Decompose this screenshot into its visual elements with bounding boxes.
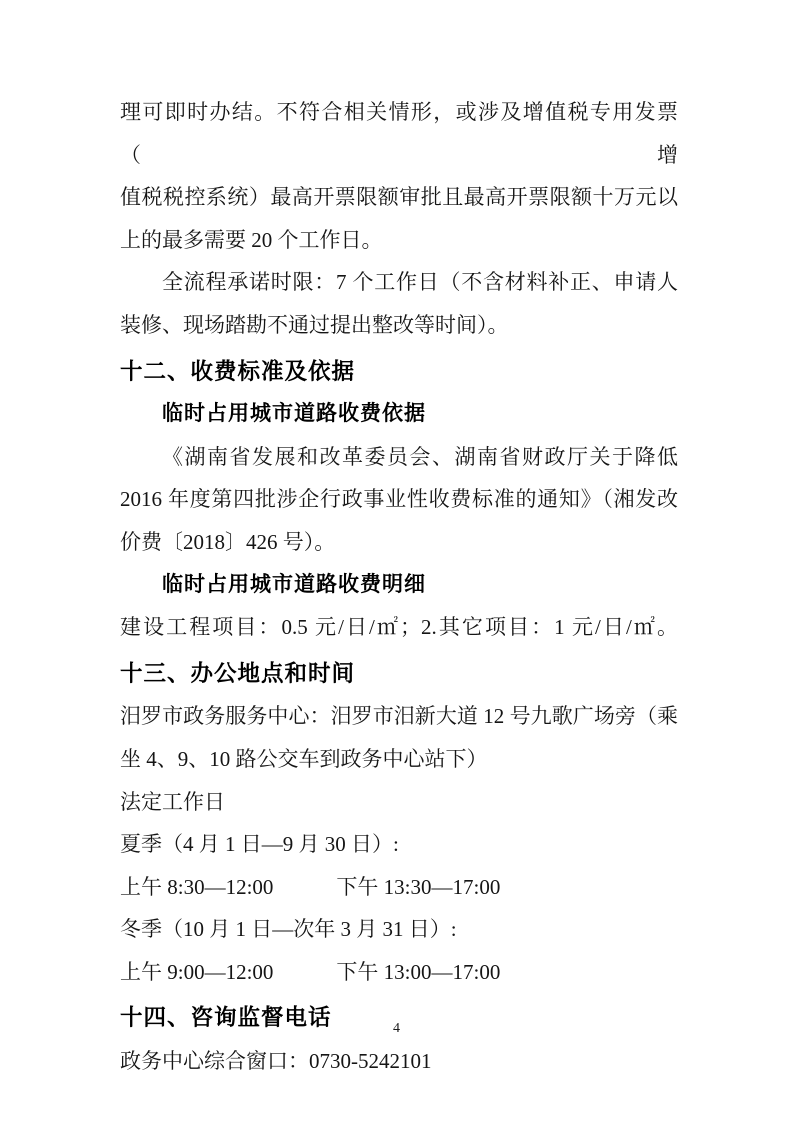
text-line: 值税税控系统）最高开票限额审批且最高开票限额十万元以 bbox=[120, 176, 678, 219]
text-line: 坐 4、9、10 路公交车到政务中心站下） bbox=[120, 738, 678, 781]
document-body: 理可即时办结。不符合相关情形，或涉及增值税专用发票（增值税税控系统）最高开票限额… bbox=[120, 91, 678, 1083]
text-line: 理可即时办结。不符合相关情形，或涉及增值税专用发票（增 bbox=[120, 91, 678, 176]
text-line: 上午 8:30—12:00 下午 13:30—17:00 bbox=[120, 866, 678, 909]
text-line: 全流程承诺时限：7 个工作日（不含材料补正、申请人 bbox=[120, 261, 678, 304]
text-line: 《湖南省发展和改革委员会、湖南省财政厅关于降低 bbox=[120, 436, 678, 479]
text-line: 价费〔2018〕426 号）。 bbox=[120, 521, 678, 564]
text-line: 汨罗市政务服务中心：汨罗市汨新大道 12 号九歌广场旁（乘 bbox=[120, 695, 678, 738]
page-number: 4 bbox=[0, 1021, 793, 1037]
section-heading: 十三、办公地点和时间 bbox=[120, 653, 678, 696]
text-line: 建设工程项目：0.5 元/日/㎡；2.其它项目：1 元/日/㎡。 bbox=[120, 606, 678, 649]
text-line: 法定工作日 bbox=[120, 781, 678, 824]
text-line: 上的最多需要 20 个工作日。 bbox=[120, 219, 678, 262]
text-line: 政务中心综合窗口：0730-5242101 bbox=[120, 1040, 678, 1083]
text-line: 冬季（10 月 1 日—次年 3 月 31 日）: bbox=[120, 908, 678, 951]
sub-heading: 临时占用城市道路收费依据 bbox=[120, 393, 678, 436]
text-line: 夏季（4 月 1 日—9 月 30 日）: bbox=[120, 823, 678, 866]
text-line: 上午 9:00—12:00 下午 13:00—17:00 bbox=[120, 951, 678, 994]
text-line: 装修、现场踏勘不通过提出整改等时间）。 bbox=[120, 304, 678, 347]
document-page: 理可即时办结。不符合相关情形，或涉及增值税专用发票（增值税税控系统）最高开票限额… bbox=[0, 0, 793, 1122]
section-heading: 十二、收费标准及依据 bbox=[120, 351, 678, 394]
sub-heading: 临时占用城市道路收费明细 bbox=[120, 564, 678, 607]
text-line: 2016 年度第四批涉企行政事业性收费标准的通知》（湘发改 bbox=[120, 478, 678, 521]
